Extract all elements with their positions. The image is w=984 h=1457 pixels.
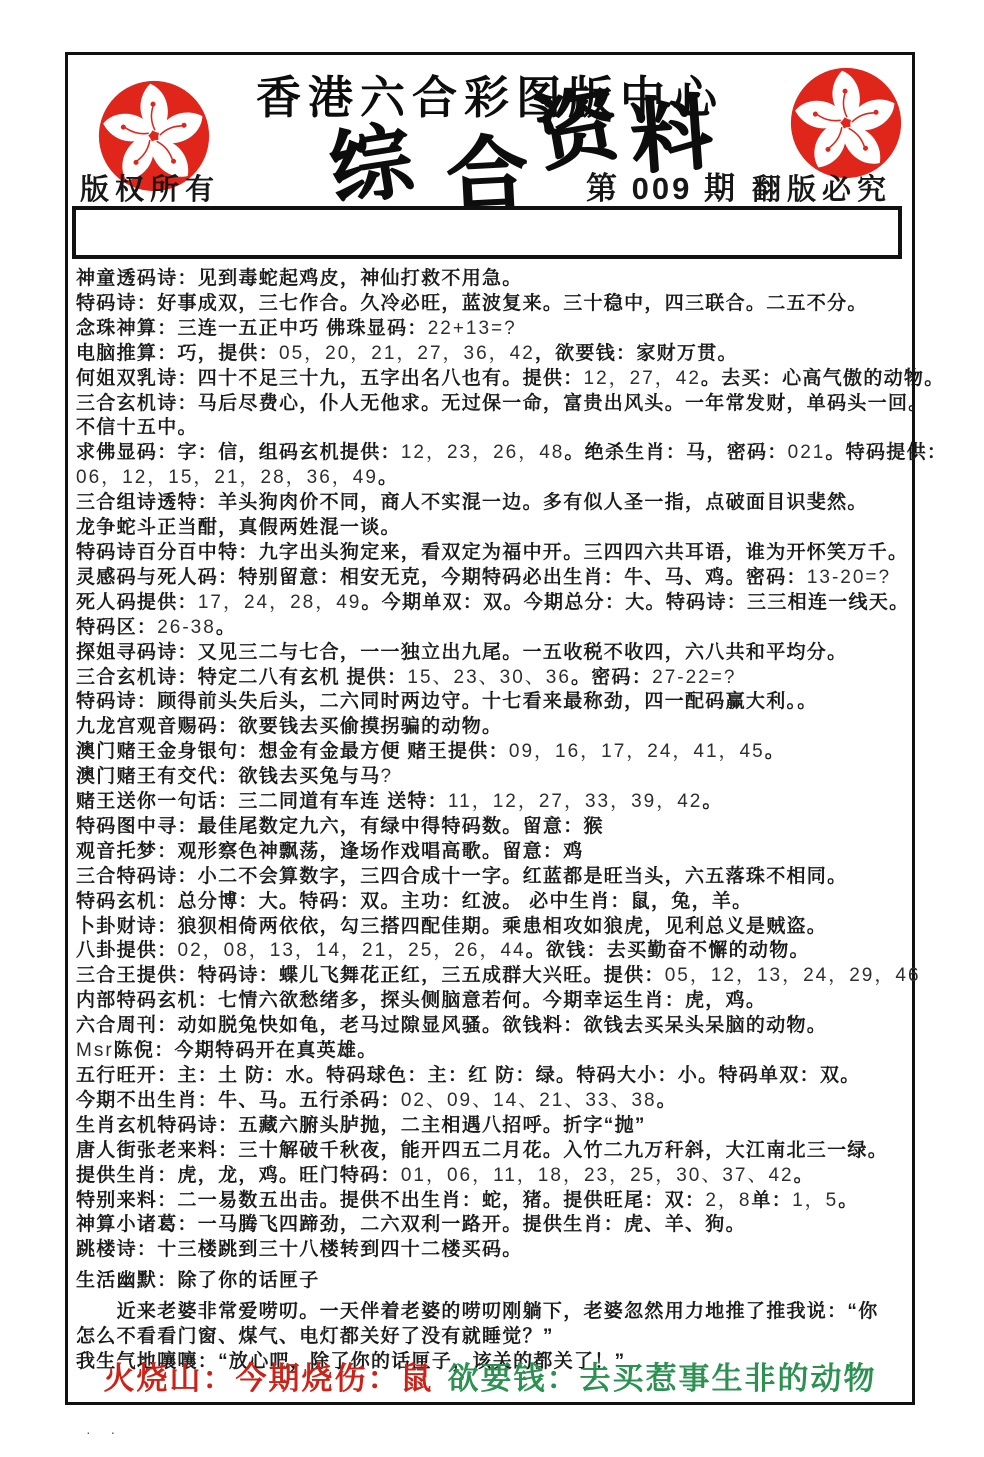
body-line: 特码区：26-38。 <box>76 616 904 641</box>
body-line: 生活幽默：除了你的话匣子 <box>76 1269 904 1294</box>
body-line: 神算小诸葛：一马腾飞四蹄劲，二六双利一路开。提供生肖：虎、羊、狗。 <box>76 1213 904 1238</box>
body-line: 三合王提供：特码诗：蝶儿飞舞花正红，三五成群大兴旺。提供：05，12，13，24… <box>76 964 904 989</box>
lottery-info-sheet-page: 香港六合彩图版中心 综 合 资 料 第 009 期 版权所有 翻版必究 神童透码… <box>0 0 984 1457</box>
body-line: 澳门赌王有交代：欲钱去买兔与马? <box>76 765 904 790</box>
body-line: 特码诗：好事成双，三七作合。久冷必旺，蓝波复来。三十稳中，四三联合。二五不分。 <box>76 292 904 317</box>
body-line: 何姐双乳诗：四十不足三十九，五字出名八也有。提供：12，27，42。去买：心高气… <box>76 367 904 392</box>
body-line: 龙争蛇斗正当酣，真假两姓混一谈。 <box>76 516 904 541</box>
body-line: 神童透码诗：见到毒蛇起鸡皮，神仙打救不用急。 <box>76 267 904 292</box>
bottom-banner: 火烧山：今期烧伤：鼠欲要钱：去买惹事生非的动物 <box>68 1353 912 1398</box>
body-line: 特别来料：二一易数五出击。提供不出生肖：蛇，猪。提供旺尾：双：2，8单：1，5。 <box>76 1189 904 1214</box>
body-line: 跳楼诗：十三楼跳到三十八楼转到四十二楼买码。 <box>76 1238 904 1263</box>
body-line: 五行旺开：主：土 防：水。特码球色：主：红 防：绿。特码大小：小。特码单双：双。 <box>76 1064 904 1089</box>
body-line: 三合特码诗：小二不会算数字，三四合成十一字。红蓝都是旺当头，六五落珠不相同。 <box>76 865 904 890</box>
body-line: 近来老婆非常爱唠叨。一天伴着老婆的唠叨刚躺下，老婆忽然用力地推了推我说：“你 <box>76 1300 904 1325</box>
body-line: 不信十五中。 <box>76 416 904 441</box>
empty-notice-box <box>72 206 902 259</box>
body-line: 六合周刊：动如脱兔快如龟，老马过隙显风骚。欲钱料：欲钱去买呆头呆脑的动物。 <box>76 1014 904 1039</box>
body-line: 提供生肖：虎，龙，鸡。旺门特码：01，06，11，18，23，25，30、37、… <box>76 1164 904 1189</box>
body-line: 赌王送你一句话：三二同道有车连 送特：11，12，27，33，39，42。 <box>76 790 904 815</box>
body-line: 三合玄机诗：特定二八有玄机 提供：15、23、30、36。密码：27-22=? <box>76 666 904 691</box>
body-line: 九龙宫观音赐码：欲要钱去买偷摸拐骗的动物。 <box>76 715 904 740</box>
body-line: 念珠神算：三连一五正中巧 佛珠显码：22+13=? <box>76 317 904 342</box>
body-line: 特码诗：顾得前头失后头，二六同时两边守。十七看来最称劲，四一配码赢大利。。 <box>76 690 904 715</box>
scan-artifact-dots: · · <box>86 1424 123 1440</box>
body-line: 澳门赌王金身银句：想金有金最方便 赌王提供：09，16，17，24，41，45。 <box>76 740 904 765</box>
sheet-border: 香港六合彩图版中心 综 合 资 料 第 009 期 版权所有 翻版必究 神童透码… <box>65 52 915 1405</box>
banner-red-text: 火烧山：今期烧伤：鼠 <box>104 1361 434 1396</box>
body-line: 唐人街张老来料：三十解破千秋夜，能开四五二月花。入竹二九万秆斜，大江南北三一绿。 <box>76 1139 904 1164</box>
body-line: 06，12，15，21，28，36，49。 <box>76 466 904 491</box>
body-line: 今期不出生肖：牛、马。五行杀码：02、09、14、21、33、38。 <box>76 1089 904 1114</box>
body-line: Msr陈倪：今期特码开在真英雄。 <box>76 1039 904 1064</box>
body-line: 特码图中寻：最佳尾数定九六，有绿中得特码数。留意：猴 <box>76 815 904 840</box>
body-line: 观音托梦：观形察色神飘荡，逢场作戏唱高歌。留意：鸡 <box>76 840 904 865</box>
body-line: 求佛显码：字：信，组码玄机提供：12，23，26，48。绝杀生肖：马，密码：02… <box>76 441 904 466</box>
body-line: 特码玄机：总分博：大。特码：双。主功：红波。 必中生肖：鼠，兔，羊。 <box>76 890 904 915</box>
copyright-notice: 版权所有 <box>80 167 220 208</box>
body-line: 怎么不看看门窗、煤气、电灯都关好了没有就睡觉？” <box>76 1325 904 1350</box>
body-line: 三合组诗透特：羊头狗肉价不同，商人不实混一边。多有似人圣一指，点破面目识斐然。 <box>76 491 904 516</box>
banner-green-text: 欲要钱：去买惹事生非的动物 <box>448 1361 877 1396</box>
body-line: 探姐寻码诗：又见三二与七合，一一独立出九尾。一五收税不收四，六八共和平均分。 <box>76 641 904 666</box>
anti-piracy-notice: 翻版必究 <box>752 167 892 208</box>
body-line: 内部特码玄机：七情六欲愁绪多，探头侧脑意若何。今期幸运生肖：虎，鸡。 <box>76 989 904 1014</box>
body-line: 生肖玄机特码诗：五藏六腑头胪抛，二主相遇八招呼。折字“抛” <box>76 1114 904 1139</box>
body-line: 特码诗百分百中特：九字出头狗定来，看双定为福中开。三四四六共耳语，谁为开怀笑万千… <box>76 541 904 566</box>
body-line: 三合玄机诗：马后尽费心，仆人无他求。无过保一命，富贵出风头。一年常发财，单码头一… <box>76 392 904 417</box>
body-line: 八卦提供：02，08，13，14，21，25，26，44。欲钱：去买勤奋不懈的动… <box>76 939 904 964</box>
body-line: 死人码提供：17，24，28，49。今期单双：双。今期总分：大。特码诗：三三相连… <box>76 591 904 616</box>
body-line: 卜卦财诗：狼狈相倚两依依，勾三搭四配佳期。乘患相攻如狼虎，见利总义是贼盗。 <box>76 915 904 940</box>
issue-number: 第 009 期 <box>586 163 738 208</box>
page-title: 香港六合彩图版中心 <box>68 61 912 126</box>
body-text: 神童透码诗：见到毒蛇起鸡皮，神仙打救不用急。特码诗：好事成双，三七作合。久冷必旺… <box>76 267 904 1375</box>
calligraphy-title-char: 综 <box>324 119 418 213</box>
body-line: 灵感码与死人码：特别留意：相安无克，今期特码必出生肖：牛、马、鸡。密码：13-2… <box>76 566 904 591</box>
body-line: 电脑推算：巧，提供：05，20，21，27，36，42，欲要钱：家财万贯。 <box>76 342 904 367</box>
